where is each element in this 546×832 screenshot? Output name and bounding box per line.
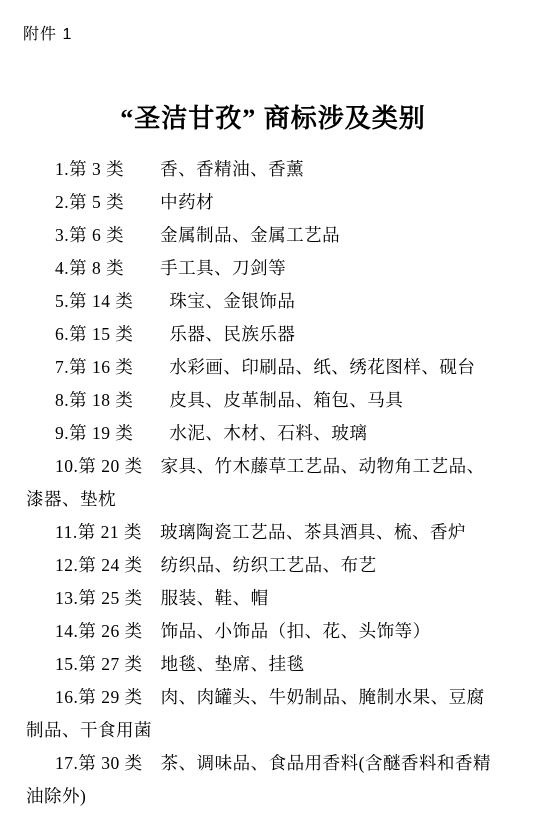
list-item: 13.第 25 类 服装、鞋、帽 (26, 582, 524, 615)
list-item: 8.第 18 类 皮具、皮革制品、箱包、马具 (26, 384, 524, 417)
list-item: 1.第 3 类 香、香精油、香薰 (26, 153, 524, 186)
page-title: “圣洁甘孜” 商标涉及类别 (0, 98, 546, 135)
list-item: 4.第 8 类 手工具、刀剑等 (26, 252, 524, 285)
list-item: 11.第 21 类 玻璃陶瓷工艺品、茶具酒具、梳、香炉 (26, 516, 524, 549)
document-page: 附件 1 “圣洁甘孜” 商标涉及类别 1.第 3 类 香、香精油、香薰 2.第 … (0, 0, 546, 832)
attachment-label: 附件 1 (23, 21, 72, 44)
list-item: 15.第 27 类 地毯、垫席、挂毯 (26, 648, 524, 681)
list-item: 17.第 30 类 茶、调味品、食品用香料(含醚香料和香精 油除外) (26, 747, 524, 813)
list-item: 6.第 15 类 乐器、民族乐器 (26, 318, 524, 351)
list-item: 10.第 20 类 家具、竹木藤草工艺品、动物角工艺品、 漆器、垫枕 (26, 450, 524, 516)
list-item: 9.第 19 类 水泥、木材、石料、玻璃 (26, 417, 524, 450)
list-item: 14.第 26 类 饰品、小饰品（扣、花、头饰等） (26, 615, 524, 648)
list-item: 5.第 14 类 珠宝、金银饰品 (26, 285, 524, 318)
list-item: 16.第 29 类 肉、肉罐头、牛奶制品、腌制水果、豆腐 制品、干食用菌 (26, 681, 524, 747)
list-item: 12.第 24 类 纺织品、纺织工艺品、布艺 (26, 549, 524, 582)
list-item: 7.第 16 类 水彩画、印刷品、纸、绣花图样、砚台 (26, 351, 524, 384)
list-item: 2.第 5 类 中药材 (26, 186, 524, 219)
list-item: 3.第 6 类 金属制品、金属工艺品 (26, 219, 524, 252)
trademark-category-list: 1.第 3 类 香、香精油、香薰 2.第 5 类 中药材 3.第 6 类 金属制… (26, 153, 524, 813)
